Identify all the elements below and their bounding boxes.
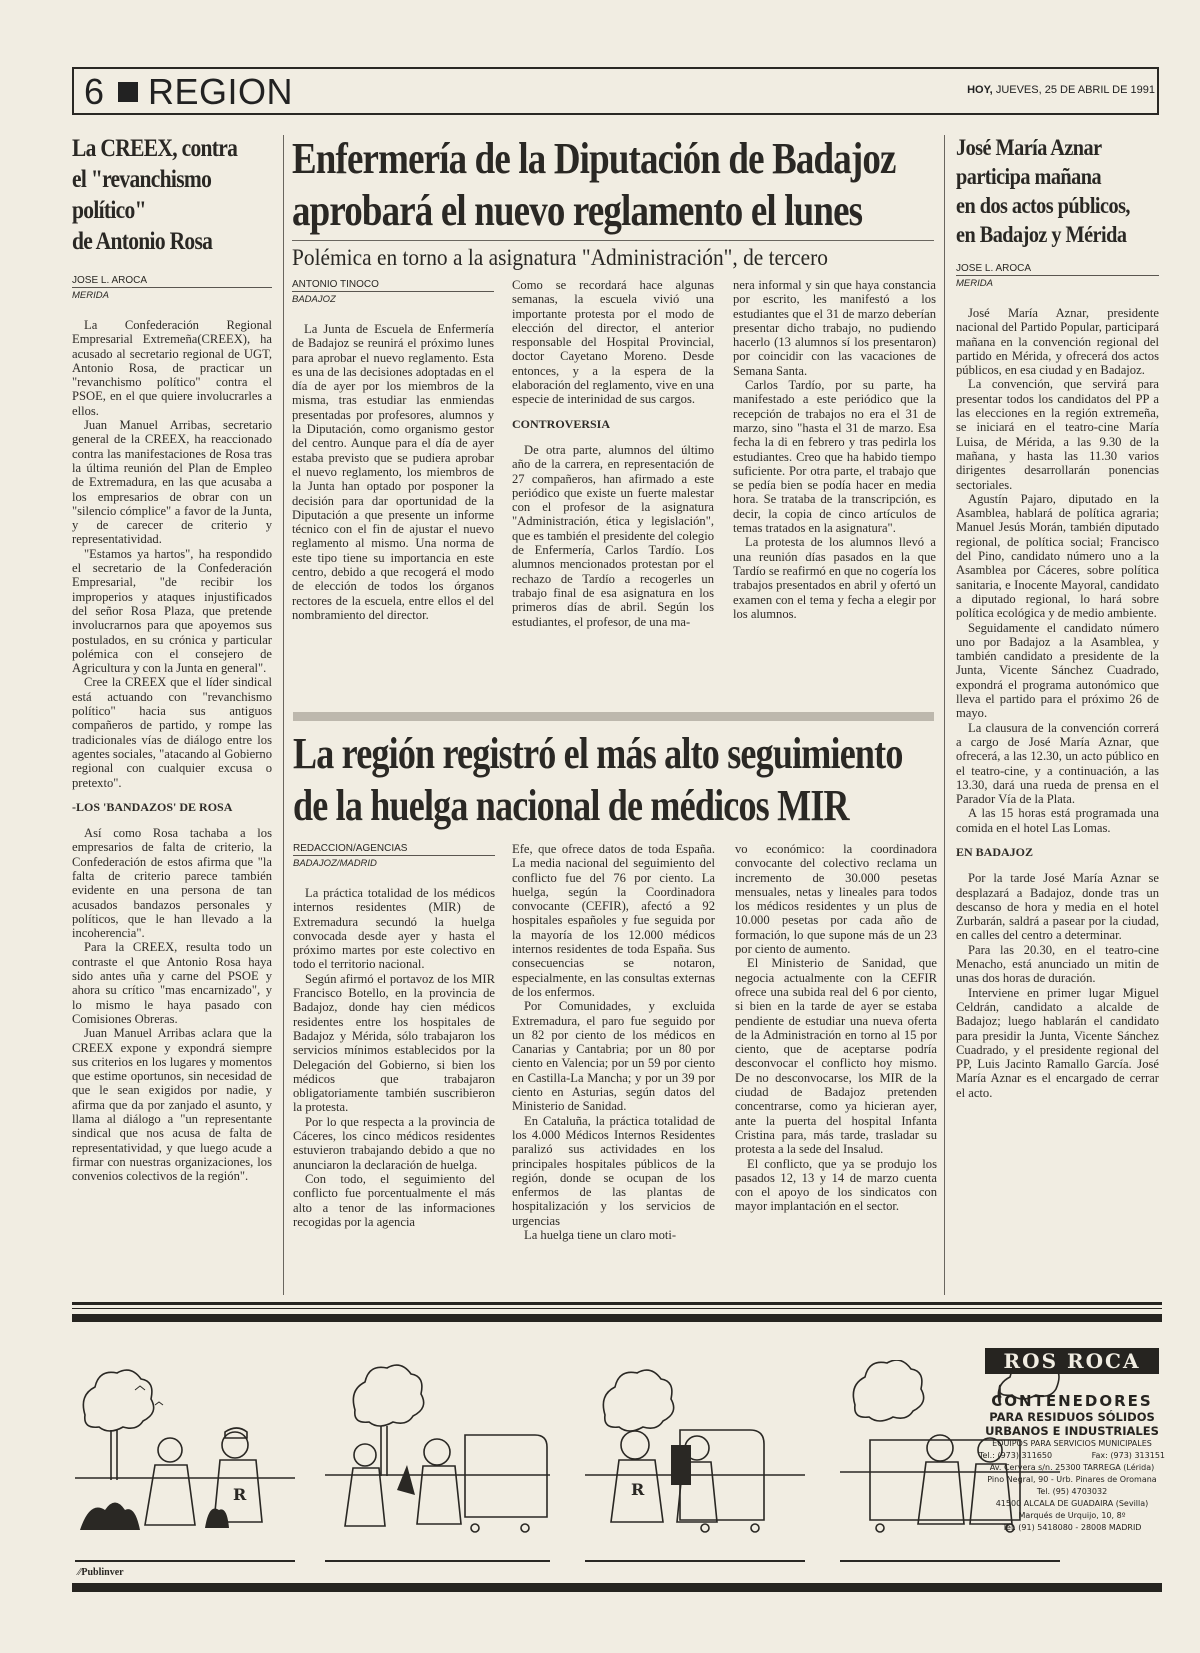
headline-line: aprobará el nuevo reglamento el lunes xyxy=(292,185,930,237)
paragraph: Así como Rosa tachaba a los empresarios … xyxy=(72,826,272,940)
paragraph: Para las 20.30, en el teatro-cine Menach… xyxy=(956,943,1159,986)
ad-top-rule xyxy=(72,1302,1162,1305)
cartoon-panel-2 xyxy=(325,1360,550,1540)
headline-line: Enfermería de la Diputación de Badajoz xyxy=(292,133,930,185)
paragraph: El Ministerio de Sanidad, que negocia ac… xyxy=(735,956,937,1156)
page-number: 6 xyxy=(84,72,104,112)
article-body: La práctica totalidad de los médicos int… xyxy=(293,886,495,1229)
ad-line: CONTENEDORES xyxy=(975,1393,1169,1410)
paragraph: Cree la CREEX que el líder sindical está… xyxy=(72,675,272,789)
ad-address: Marqués de Urquijo, 10, 8º xyxy=(975,1510,1169,1522)
subheading: EN BADAJOZ xyxy=(956,845,1159,859)
cartoon-ground-1 xyxy=(75,1560,295,1562)
subheading: CONTROVERSIA xyxy=(512,417,714,431)
headline-line: de la huelga nacional de médicos MIR xyxy=(293,780,933,832)
paragraph: La huelga tiene un claro moti- xyxy=(512,1228,715,1242)
paragraph: La Confederación Regional Empresarial Ex… xyxy=(72,318,272,418)
ad-address: Pino Negral, 90 - Urb. Pinares de Oroman… xyxy=(975,1474,1169,1486)
svg-text:R: R xyxy=(631,1480,645,1499)
ad-address: 41500 ALCALA DE GUADAIRA (Sevilla) xyxy=(975,1498,1169,1510)
paragraph: De otra parte, alumnos del último año de… xyxy=(512,443,714,629)
agency-name: Publinver xyxy=(81,1567,123,1578)
paragraph: Con todo, el seguimiento del conflicto f… xyxy=(293,1172,495,1229)
subheading: -LOS 'BANDAZOS' DE ROSA xyxy=(72,800,272,814)
article-subtitle: Polémica en torno a la asignatura "Admin… xyxy=(292,244,828,272)
cartoon-illustration-icon: R xyxy=(585,1360,805,1540)
cartoon-panel-3: R xyxy=(585,1360,805,1540)
paragraph: vo económico: la coordinadora convocante… xyxy=(735,842,937,956)
ad-address: Av. Cervera s/n. 25300 TARREGA (Lérida) xyxy=(975,1462,1169,1474)
section-separator-band xyxy=(293,712,934,721)
date-text: JUEVES, 25 DE ABRIL DE 1991 xyxy=(996,84,1155,96)
headline-line: en dos actos públicos, xyxy=(956,191,1167,220)
section-square-icon xyxy=(118,82,138,102)
headline-line: La región registró el más alto seguimien… xyxy=(293,728,933,780)
article-body: La Confederación Regional Empresarial Ex… xyxy=(72,318,272,1184)
headline-line: La CREEX, contra xyxy=(72,133,278,164)
svg-text:R: R xyxy=(233,1485,247,1504)
paragraph: Carlos Tardío, por su parte, ha manifest… xyxy=(733,378,936,535)
paragraph: La Junta de Escuela de Enfermería de Bad… xyxy=(292,322,494,622)
headline-line: político" xyxy=(72,195,278,226)
issue-date: HOY, JUEVES, 25 DE ABRIL DE 1991 xyxy=(967,84,1155,96)
article-body: La Junta de Escuela de Enfermería de Bad… xyxy=(292,322,494,622)
cartoon-panel-1: R xyxy=(75,1360,295,1540)
article-headline: Enfermería de la Diputación de Badajoz a… xyxy=(292,133,930,237)
ad-fax: Fax: (973) 313151 xyxy=(1092,1450,1165,1462)
section-title: REGION xyxy=(148,72,293,112)
article-mir-col1: REDACCION/AGENCIAS BADAJOZ/MADRID La prá… xyxy=(293,843,495,1229)
ad-phone: Tel.: (973) 311650 xyxy=(979,1450,1052,1462)
paragraph: A las 15 horas está programada una comid… xyxy=(956,806,1159,835)
article-headline: La región registró el más alto seguimien… xyxy=(293,728,933,832)
ad-line: EQUIPOS PARA SERVICIOS MUNICIPALES xyxy=(975,1438,1169,1450)
column-divider xyxy=(283,135,284,1295)
paragraph: El conflicto, que ya se produjo los pasa… xyxy=(735,1157,937,1214)
article-enfermeria-col1: ANTONIO TINOCO BADAJOZ La Junta de Escue… xyxy=(292,279,494,622)
article-body: José María Aznar, presidente nacional de… xyxy=(956,306,1159,1100)
byline: JOSE L. AROCA xyxy=(72,275,272,288)
article-aznar: José María Aznar participa mañana en dos… xyxy=(956,133,1159,1100)
dateline-place: MERIDA xyxy=(72,290,272,301)
dateline-place: BADAJOZ xyxy=(292,294,494,305)
headline-line: el "revanchismo xyxy=(72,164,278,195)
ad-bottom-bar xyxy=(72,1583,1162,1592)
dateline-place: BADAJOZ/MADRID xyxy=(293,858,495,869)
article-mir-col2: Efe, que ofrece datos de toda España. La… xyxy=(512,842,715,1242)
paragraph: Agustín Pajaro, diputado en la Asamblea,… xyxy=(956,492,1159,621)
ad-phone-row: Tel.: (973) 311650 Fax: (973) 313151 xyxy=(975,1450,1169,1462)
paragraph: nera informal y sin que haya constancia … xyxy=(733,278,936,378)
byline: REDACCION/AGENCIAS xyxy=(293,843,495,856)
cartoon-ground-4 xyxy=(840,1560,1060,1562)
ad-copy: CONTENEDORES PARA RESIDUOS SÓLIDOS URBAN… xyxy=(975,1393,1169,1534)
paragraph: Efe, que ofrece datos de toda España. La… xyxy=(512,842,715,999)
paragraph: Según afirmó el portavoz de los MIR Fran… xyxy=(293,972,495,1115)
headline-line: de Antonio Rosa xyxy=(72,226,278,257)
article-headline: La CREEX, contra el "revanchismo polític… xyxy=(72,133,278,257)
ad-phone: Tel. (95) 4703032 xyxy=(975,1486,1169,1498)
headline-line: participa mañana xyxy=(956,162,1167,191)
paragraph: Juan Manuel Arribas aclara que la CREEX … xyxy=(72,1026,272,1183)
paragraph: Por lo que respecta a la provincia de Cá… xyxy=(293,1115,495,1172)
cartoon-ground-2 xyxy=(325,1560,550,1562)
agency-credit: ⁄⁄Publinver xyxy=(78,1567,124,1578)
headline-rule xyxy=(292,240,934,241)
paragraph: La convención, que servirá para presenta… xyxy=(956,377,1159,491)
dateline-place: MERIDA xyxy=(956,278,1159,289)
article-mir-col3: vo económico: la coordinadora convocante… xyxy=(735,842,937,1214)
article-enfermeria-col2: Como se recordará hace algunas semanas, … xyxy=(512,278,714,629)
paragraph: Como se recordará hace algunas semanas, … xyxy=(512,278,714,407)
paragraph: "Estamos ya hartos", ha respondido el se… xyxy=(72,547,272,676)
newspaper-name: HOY, xyxy=(967,84,993,96)
paragraph: La práctica totalidad de los médicos int… xyxy=(293,886,495,972)
article-enfermeria-col3: nera informal y sin que haya constancia … xyxy=(733,278,936,621)
headline-line: en Badajoz y Mérida xyxy=(956,220,1167,249)
paragraph: Para la CREEX, resulta todo un contraste… xyxy=(72,940,272,1026)
paragraph: José María Aznar, presidente nacional de… xyxy=(956,306,1159,377)
cartoon-illustration-icon: R xyxy=(75,1360,295,1540)
byline: JOSE L. AROCA xyxy=(956,263,1159,276)
paragraph: Seguidamente el candidato número uno por… xyxy=(956,621,1159,721)
article-creex: La CREEX, contra el "revanchismo polític… xyxy=(72,133,272,1184)
paragraph: En Cataluña, la práctica totalidad de lo… xyxy=(512,1114,715,1228)
ad-top-bar xyxy=(72,1314,1162,1322)
ad-top-rule-thin xyxy=(72,1308,1162,1309)
paragraph: Interviene en primer lugar Miguel Celdrá… xyxy=(956,986,1159,1100)
headline-line: José María Aznar xyxy=(956,133,1167,162)
column-divider xyxy=(944,135,945,1295)
paragraph: Por la tarde José María Aznar se desplaz… xyxy=(956,871,1159,942)
byline: ANTONIO TINOCO xyxy=(292,279,494,292)
article-headline: José María Aznar participa mañana en dos… xyxy=(956,133,1167,249)
ad-line: PARA RESIDUOS SÓLIDOS xyxy=(975,1410,1169,1424)
ad-line: URBANOS E INDUSTRIALES xyxy=(975,1424,1169,1438)
paragraph: La protesta de los alumnos llevó a una r… xyxy=(733,535,936,621)
cartoon-illustration-icon xyxy=(325,1360,550,1540)
paragraph: La clausura de la convención correrá a c… xyxy=(956,721,1159,807)
cartoon-ground-3 xyxy=(585,1560,805,1562)
paragraph: Por Comunidades, y excluida Extremadura,… xyxy=(512,999,715,1113)
ad-brand-logo: ROS ROCA xyxy=(985,1348,1159,1374)
paragraph: Juan Manuel Arribas, secretario general … xyxy=(72,418,272,547)
ad-phone: Tel. (91) 5418080 - 28008 MADRID xyxy=(975,1522,1169,1534)
